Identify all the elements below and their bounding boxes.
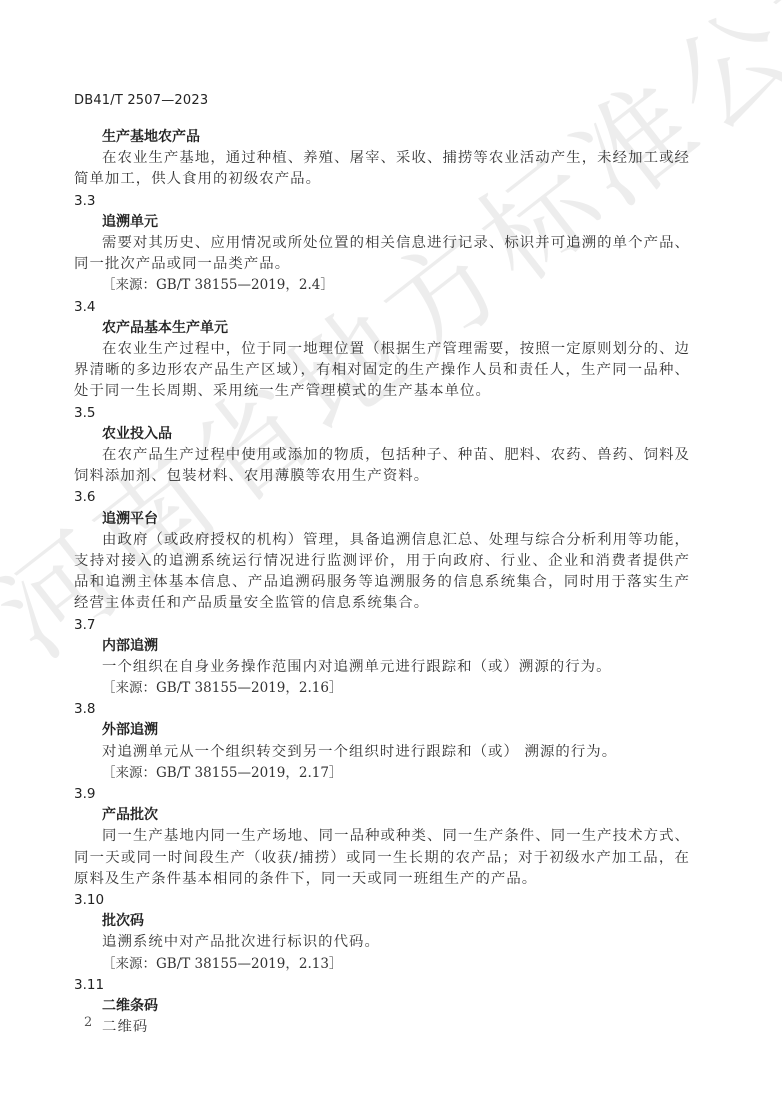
terms-section: 生产基地农产品 在农业生产基地，通过种植、养殖、屠宰、采收、捕捞等农业活动产生，… [74, 127, 690, 1038]
clause-number: 3.10 [74, 890, 690, 911]
term-definition: 在农产品生产过程中使用或添加的物质，包括种子、种苗、肥料、农药、兽药、饲料及饲料… [74, 445, 690, 487]
term-definition: 一个组织在自身业务操作范围内对追溯单元进行跟踪和（或）溯源的行为。 [74, 657, 690, 678]
term-title: 产品批次 [74, 805, 690, 826]
term-source: ［来源：GB/T 38155—2019，2.4］ [74, 275, 690, 296]
term-title: 农产品基本生产单元 [74, 318, 690, 339]
term-title: 内部追溯 [74, 636, 690, 657]
term-definition: 在农业生产过程中，位于同一地理位置（根据生产管理需要，按照一定原则划分的、边界清… [74, 339, 690, 403]
clause-number: 3.7 [74, 615, 690, 636]
term-title: 外部追溯 [74, 720, 690, 741]
doc-code-header: DB41/T 2507—2023 [74, 93, 208, 108]
entry: 3.8 外部追溯 对追溯单元从一个组织转交到另一个组织时进行跟踪和（或） 溯源的… [74, 699, 690, 784]
page-number: 2 [84, 1015, 92, 1030]
entry: 3.11 二维条码 二维码 [74, 975, 690, 1039]
clause-number: 3.3 [74, 191, 690, 212]
entry: 3.3 追溯单元 需要对其历史、应用情况或所处位置的相关信息进行记录、标识并可追… [74, 191, 690, 297]
term-definition: 在农业生产基地，通过种植、养殖、屠宰、采收、捕捞等农业活动产生，未经加工或经简单… [74, 148, 690, 190]
entry: 3.6 追溯平台 由政府（或政府授权的机构）管理，具备追溯信息汇总、处理与综合分… [74, 487, 690, 614]
clause-number: 3.11 [74, 975, 690, 996]
entry: 3.5 农业投入品 在农产品生产过程中使用或添加的物质，包括种子、种苗、肥料、农… [74, 403, 690, 488]
term-source: ［来源：GB/T 38155—2019，2.17］ [74, 763, 690, 784]
clause-number: 3.6 [74, 487, 690, 508]
term-title: 批次码 [74, 911, 690, 932]
term-title: 农业投入品 [74, 424, 690, 445]
term-title: 追溯平台 [74, 509, 690, 530]
term-source: ［来源：GB/T 38155—2019，2.13］ [74, 954, 690, 975]
clause-number: 3.5 [74, 403, 690, 424]
term-definition: 对追溯单元从一个组织转交到另一个组织时进行跟踪和（或） 溯源的行为。 [74, 742, 690, 763]
entry: 3.10 批次码 追溯系统中对产品批次进行标识的代码。 ［来源：GB/T 381… [74, 890, 690, 975]
entry: 3.9 产品批次 同一生产基地内同一生产场地、同一品种或种类、同一生产条件、同一… [74, 784, 690, 890]
term-title: 生产基地农产品 [74, 127, 690, 148]
entry: 3.4 农产品基本生产单元 在农业生产过程中，位于同一地理位置（根据生产管理需要… [74, 297, 690, 403]
term-title: 追溯单元 [74, 212, 690, 233]
entry: 生产基地农产品 在农业生产基地，通过种植、养殖、屠宰、采收、捕捞等农业活动产生，… [74, 127, 690, 191]
document-page: 河南省地方标准公共服务平台 DB41/T 2507—2023 生产基地农产品 在… [0, 0, 782, 1105]
term-definition: 由政府（或政府授权的机构）管理，具备追溯信息汇总、处理与综合分析利用等功能，支持… [74, 530, 690, 615]
term-definition: 追溯系统中对产品批次进行标识的代码。 [74, 932, 690, 953]
term-definition: 需要对其历史、应用情况或所处位置的相关信息进行记录、标识并可追溯的单个产品、同一… [74, 233, 690, 275]
entry: 3.7 内部追溯 一个组织在自身业务操作范围内对追溯单元进行跟踪和（或）溯源的行… [74, 615, 690, 700]
term-source: ［来源：GB/T 38155—2019，2.16］ [74, 678, 690, 699]
term-title: 二维条码 [74, 996, 690, 1017]
term-definition: 同一生产基地内同一生产场地、同一品种或种类、同一生产条件、同一生产技术方式、同一… [74, 826, 690, 890]
clause-number: 3.8 [74, 699, 690, 720]
clause-number: 3.9 [74, 784, 690, 805]
term-definition: 二维码 [74, 1017, 690, 1038]
clause-number: 3.4 [74, 297, 690, 318]
